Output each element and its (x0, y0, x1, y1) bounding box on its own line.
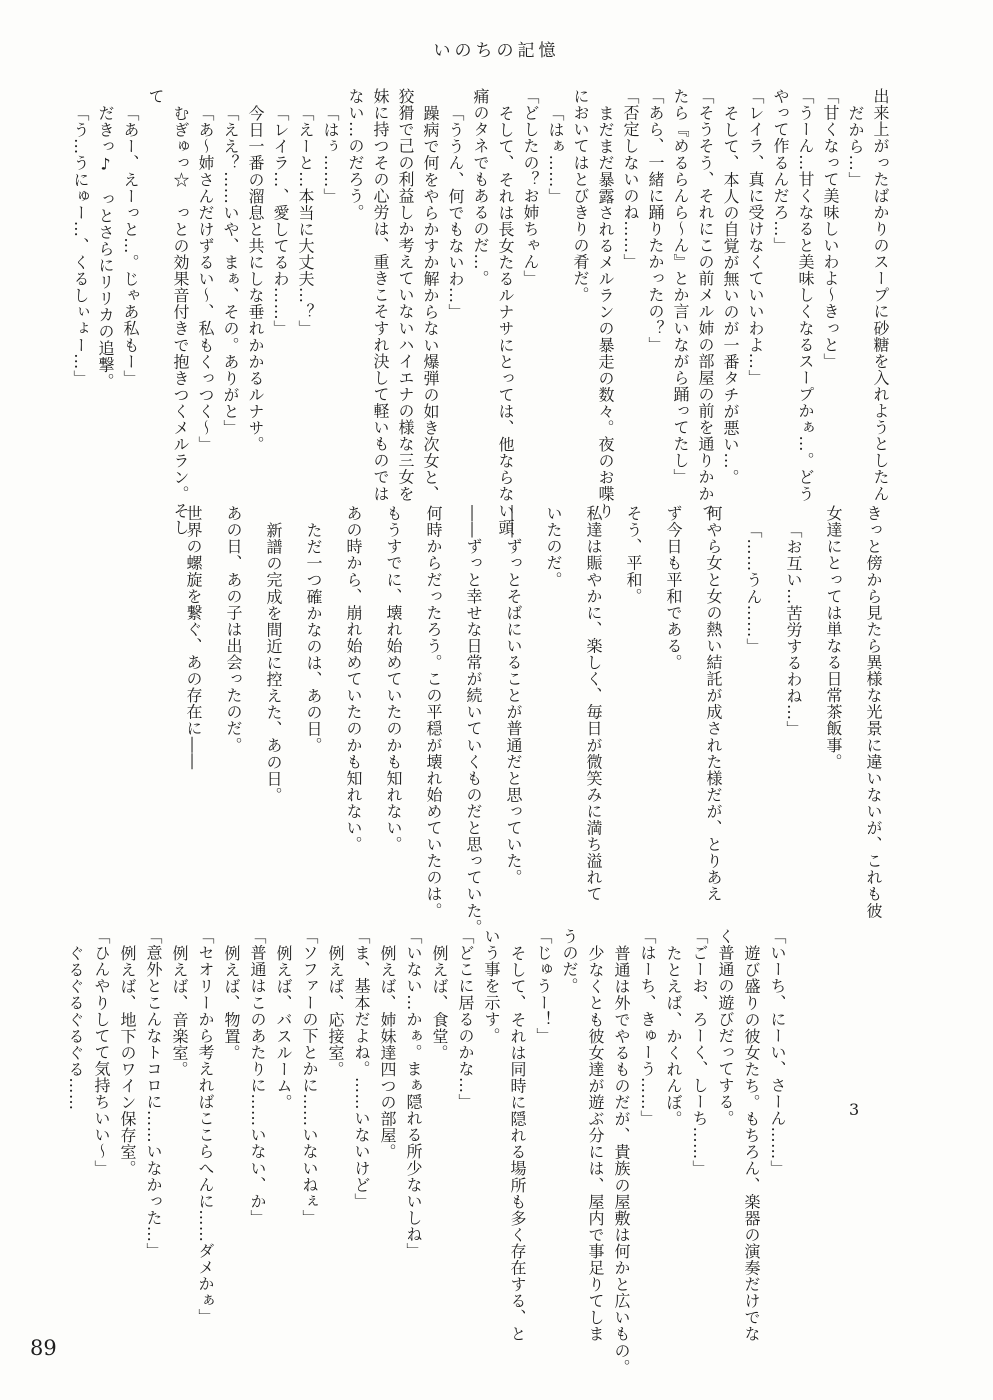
text-column: たとえば、かくれんぼ。 (660, 928, 686, 1386)
text-column: いたのだ。 (533, 505, 573, 950)
text-column: うのだ。 (556, 928, 582, 1386)
text-column: まだまだ暴露されるメルランの暴走の数々。夜のお喋り (593, 88, 618, 540)
text-column: ただ一つ確かなのは、あの日。 (293, 505, 333, 950)
text-column: だきっ♪ っとさらにリリカの追撃。 (93, 88, 118, 540)
text-column: 「意外とこんなトコロに……いなかった…」 (140, 928, 166, 1386)
text-column: そう、平和。 (613, 505, 653, 950)
text-column: 今日一番の溜息と共にしな垂れかかるルナサ。 (243, 88, 268, 540)
text-column: 「えーと…本当に大丈夫…？」 (293, 88, 318, 540)
text-column: ない…のだろう。 (343, 88, 368, 540)
text-column: 世界の螺旋を繋ぐ、あの存在に―― (173, 505, 213, 950)
text-column: 私達は賑やかに、楽しく、毎日が微笑みに満ち溢れて (573, 505, 613, 950)
text-column: あの日、あの子は出会ったのだ。 (213, 505, 253, 950)
text-column: そして、本人の自覚が無いのが一番タチが悪い…。 (718, 88, 743, 540)
text-column: 「否定しないのね……」 (618, 88, 643, 540)
text-column: 女達にとっては単なる日常茶飯事。 (813, 505, 853, 950)
section-number: 3 (849, 1100, 859, 1119)
text-column: 「あー、えーっと…。じゃあ私もー」 (118, 88, 143, 540)
text-column: 例えば、応接室。 (322, 928, 348, 1386)
text-column: 「あら、一緒に踊りたかったの？」 (643, 88, 668, 540)
text-column: 何やら女と女の熱い結託が成された様だが、とりあえ (693, 505, 733, 950)
text-column: 「セオリーから考えればここらへんに……ダメかぁ」 (192, 928, 218, 1386)
text-column: ず今日も平和である。 (653, 505, 693, 950)
text-column: 「ソファーの下とかに……いないねぇ」 (296, 928, 322, 1386)
text-column: だから…」 (843, 88, 868, 540)
text-column: 新譜の完成を間近に控えた、あの日。 (253, 505, 293, 950)
text-column: 「ひんやりしてて気持ちいい〜」 (88, 928, 114, 1386)
text-column: ――ずっとそばにいることが普通だと思っていた。 (493, 505, 533, 950)
text-block-top: 出来上がったばかりのスープに砂糖を入れようとしたんだから…」「甘くなって美味しい… (68, 88, 893, 540)
text-column: 痛のタネでもあるのだ…。 (468, 88, 493, 540)
text-column: 例えば、音楽室。 (166, 928, 192, 1386)
text-column: 「いーち、にーい、さーん……」 (764, 928, 790, 1386)
text-column: 例えば、バスルーム。 (270, 928, 296, 1386)
manuscript-page: いのちの記憶 出来上がったばかりのスープに砂糖を入れようとしたんだから…」「甘く… (0, 0, 993, 1400)
text-column: 例えば、地下のワイン保存室。 (114, 928, 140, 1386)
text-column: ぐるぐるぐるぐる…… (62, 928, 88, 1386)
text-column: 「レイラ、真に受けなくていいわよ…」 (743, 88, 768, 540)
text-column: 「……うん……」 (733, 505, 773, 950)
text-column: 「う…うにゅー…、くるしぃょー…」 (68, 88, 93, 540)
text-column: 「ううん、何でもないわ…」 (443, 88, 468, 540)
text-column: 妹に持つその心労は、重きこそすれ決して軽いものでは (368, 88, 393, 540)
text-column: 「うーん…甘くなると美味しくなるスープかぁ…。どう (793, 88, 818, 540)
text-column: 「お互い…苦労するわね…」 (773, 505, 813, 950)
text-column: 例えば、姉妹達四つの部屋。 (374, 928, 400, 1386)
text-column: 「ええ？……いや、まぁ、その。ありがと」 (218, 88, 243, 540)
text-column: 何時からだったろう。この平穏が壊れ始めていたのは。 (413, 505, 453, 950)
text-column: たら『めるらんら〜ん』とか言いながら踊ってたし」 (668, 88, 693, 540)
text-column: 少なくとも彼女達が遊ぶ分には、屋内で事足りてしま (582, 928, 608, 1386)
text-column: 「じゅうー！」 (530, 928, 556, 1386)
text-column: 「レイラ…、愛してるわ……」 (268, 88, 293, 540)
text-column: むぎゅっ☆ っとの効果音付きで抱きつくメルラン。そし (168, 88, 193, 540)
text-column: 「甘くなって美味しいわよ〜きっと」 (818, 88, 843, 540)
text-column: 狡猾で己の利益しか考えていないハイエナの様な三女を (393, 88, 418, 540)
text-column: あの時から、崩れ始めていたのかも知れない。 (333, 505, 373, 950)
text-column: そして、それは長女たるルナサにとっては、他ならない頭 (493, 88, 518, 540)
page-title: いのちの記憶 (0, 36, 993, 61)
text-column: やって作るんだろ…」 (768, 88, 793, 540)
text-column: 「はぁ……」 (543, 88, 568, 540)
text-column: きっと傍から見たら異様な光景に違いないが、これも彼 (853, 505, 893, 950)
text-column: ――ずっと幸せな日常が続いていくものだと思っていた。 (453, 505, 493, 950)
text-column: 「いない…かぁ。まぁ隠れる所少ないしね」 (400, 928, 426, 1386)
page-number: 89 (30, 1336, 57, 1360)
text-column: もうすでに、壊れ始めていたのかも知れない。 (373, 505, 413, 950)
text-column: 「そうそう、それにこの前メル姉の部屋の前を通りかかっ (693, 88, 718, 540)
text-column: 「あ〜姉さんだけずるい〜、私もくっつく〜」 (193, 88, 218, 540)
text-column: そして、それは同時に隠れる場所も多く存在する、と (504, 928, 530, 1386)
text-column: て (143, 88, 168, 540)
text-column: 「普通はこのあたりに……いない、か」 (244, 928, 270, 1386)
text-column: く普通の遊びだってする。 (712, 928, 738, 1386)
text-column: 例えば、食堂。 (426, 928, 452, 1386)
text-column: 「はぅ……」 (318, 88, 343, 540)
text-column: 普通は外でやるものだが、貴族の屋敷は何かと広いもの。 (608, 928, 634, 1386)
text-column: 例えば、物置。 (218, 928, 244, 1386)
text-column: 出来上がったばかりのスープに砂糖を入れようとしたん (868, 88, 893, 540)
text-column: 「どしたの？お姉ちゃん」 (518, 88, 543, 540)
text-block-bottom: 「いーち、にーい、さーん……」遊び盛りの彼女たち。もちろん、楽器の演奏だけでなく… (62, 928, 790, 1386)
text-column: 「どこに居るのかな…」 (452, 928, 478, 1386)
text-block-middle: きっと傍から見たら異様な光景に違いないが、これも彼女達にとっては単なる日常茶飯事… (173, 505, 893, 950)
text-column: においてはとびきりの肴だ。 (568, 88, 593, 540)
text-column: 「ま、基本だよね。……いないけど」 (348, 928, 374, 1386)
text-column: 遊び盛りの彼女たち。もちろん、楽器の演奏だけでな (738, 928, 764, 1386)
text-column: いう事を示す。 (478, 928, 504, 1386)
text-column: 躁病で何をやらかすか解からない爆弾の如き次女と、 (418, 88, 443, 540)
text-column: 「はーち、きゅーう……」 (634, 928, 660, 1386)
text-column: 「ごーお、ろーく、しーち……」 (686, 928, 712, 1386)
